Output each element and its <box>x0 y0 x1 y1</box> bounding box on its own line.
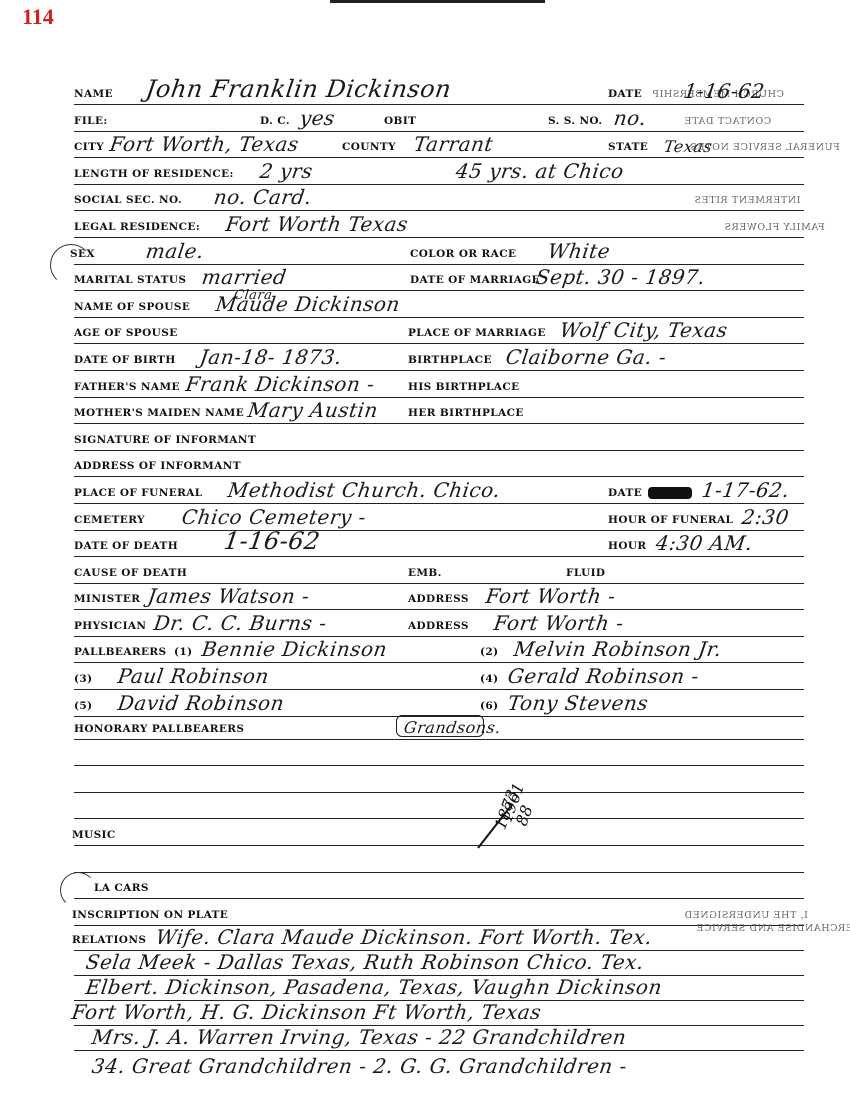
row-file: FILE: D. C. yes OBIT S. S. NO. no. CONTA… <box>74 105 804 132</box>
social-sec-no-label: SOCIAL SEC. NO. <box>74 194 182 206</box>
row-name: NAME John Franklin Dickinson DATE CHURCH… <box>74 82 804 105</box>
stamp-mark <box>50 244 92 286</box>
row-length-of-residence: LENGTH OF RESIDENCE: 2 yrs 45 yrs. at Ch… <box>74 158 804 185</box>
hour-of-funeral-value: 2:30 <box>740 505 790 529</box>
name-label: NAME <box>74 88 113 100</box>
row-city: CITY Fort Worth, Texas COUNTY Tarrant ST… <box>74 132 804 159</box>
fluid-label: FLUID <box>566 567 605 579</box>
relations-label: RELATIONS <box>72 934 146 946</box>
row-inscription-on-plate: INSCRIPTION ON PLATE I, THE UNDERSIGNED <box>74 899 804 926</box>
pallbearer-5-name: David Robinson <box>116 691 286 715</box>
physician-address-value: Fort Worth - <box>492 611 625 635</box>
pallbearer-5-num: (5) <box>74 700 92 712</box>
date-of-death-label: DATE OF DEATH <box>74 540 178 552</box>
date-of-birth-value: Jan-18- 1873. <box>198 345 343 369</box>
scan-edge-mark <box>330 0 545 3</box>
fathers-name-value: Frank Dickinson - <box>184 372 376 396</box>
row-date-of-birth: DATE OF BIRTH Jan-18- 1873. BIRTHPLACE C… <box>74 344 804 371</box>
pallbearer-3-num: (3) <box>74 673 92 685</box>
cemetery-label: CEMETERY <box>74 514 145 526</box>
page-number: 114 <box>22 4 54 30</box>
cemetery-value: Chico Cemetery - <box>180 505 367 529</box>
blank-line <box>74 766 804 793</box>
date-label: DATE <box>608 88 642 100</box>
pallbearer-6-num: (6) <box>480 700 498 712</box>
relations-line-3: Elbert. Dickinson, Pasadena, Texas, Vaug… <box>84 975 663 999</box>
blank-line <box>74 740 804 767</box>
bleed-family-flowers: FAMILY FLOWERS <box>724 222 825 233</box>
row-honorary-pallbearers: HONORARY PALLBEARERS Grandsons. <box>74 717 804 740</box>
mothers-maiden-name-label: MOTHER'S MAIDEN NAME <box>74 407 244 419</box>
social-sec-no-value: no. Card. <box>212 185 313 209</box>
signature-of-informant-label: SIGNATURE OF INFORMANT <box>74 434 256 446</box>
date-of-marriage-label: DATE OF MARRIAGE <box>410 274 540 286</box>
color-or-race-label: COLOR OR RACE <box>410 248 516 260</box>
name-of-spouse-label: NAME OF SPOUSE <box>74 301 190 313</box>
date-of-birth-label: DATE OF BIRTH <box>74 354 176 366</box>
minister-label: MINISTER <box>74 593 140 605</box>
flower-cars-label: LA CARS <box>94 882 149 894</box>
row-pallbearers-3-4: (3) Paul Robinson (4) Gerald Robinson - <box>74 663 804 690</box>
physician-value: Dr. C. C. Burns - <box>152 611 328 635</box>
physician-address-label: ADDRESS <box>408 620 469 632</box>
row-pallbearers-5-6: (5) David Robinson (6) Tony Stevens <box>74 690 804 717</box>
row-physician: PHYSICIAN Dr. C. C. Burns - ADDRESS Fort… <box>74 610 804 637</box>
minister-address-label: ADDRESS <box>408 593 469 605</box>
dc-label: D. C. <box>260 115 290 127</box>
legal-residence-label: LEGAL RESIDENCE: <box>74 221 200 233</box>
file-label: FILE: <box>74 115 108 127</box>
relations-line: Mrs. J. A. Warren Irving, Texas - 22 Gra… <box>74 1026 804 1051</box>
minister-value: James Watson - <box>146 584 311 608</box>
bleed-contact: CONTACT DATE <box>684 116 771 127</box>
length-of-residence-value: 2 yrs <box>258 159 314 183</box>
cause-of-death-label: CAUSE OF DEATH <box>74 567 187 579</box>
pallbearer-1-num: (1) <box>174 646 192 658</box>
marital-status-value: married <box>200 265 288 289</box>
row-music: MUSIC 1873 88 <box>74 819 804 846</box>
marital-status-label: MARITAL STATUS <box>74 274 186 286</box>
row-relations: RELATIONS Wife. Clara Maude Dickinson. F… <box>74 926 804 951</box>
pallbearer-2-num: (2) <box>480 646 498 658</box>
funeral-date-label: DATE <box>608 487 642 499</box>
row-fathers-name: FATHER'S NAME Frank Dickinson - HIS BIRT… <box>74 371 804 398</box>
pallbearer-1-name: Bennie Dickinson <box>200 637 388 661</box>
city-label: CITY <box>74 141 104 153</box>
county-value: Tarrant <box>412 132 495 156</box>
row-legal-residence: LEGAL RESIDENCE: Fort Worth Texas FAMILY… <box>74 211 804 238</box>
row-mothers-maiden-name: MOTHER'S MAIDEN NAME Mary Austin HER BIR… <box>74 398 804 425</box>
relations-line-2: Sela Meek - Dallas Texas, Ruth Robinson … <box>84 950 645 974</box>
relations-line: Fort Worth, H. G. Dickinson Ft Worth, Te… <box>74 1001 804 1026</box>
relations-line: 34. Great Grandchildren - 2. G. G. Grand… <box>74 1051 804 1079</box>
city-value: Fort Worth, Texas <box>108 132 300 156</box>
date-of-marriage-value: Sept. 30 - 1897. <box>534 265 707 289</box>
physician-label: PHYSICIAN <box>74 620 146 632</box>
obit-label: OBIT <box>384 115 416 127</box>
hour-value: 4:30 AM. <box>654 531 754 555</box>
row-address-of-informant: ADDRESS OF INFORMANT <box>74 451 804 478</box>
date-of-death-value: 1-16-62 <box>222 527 322 555</box>
ss-no-label: S. S. NO. <box>548 115 602 127</box>
funeral-record-form: NAME John Franklin Dickinson DATE CHURCH… <box>74 82 804 1079</box>
length-of-residence-label: LENGTH OF RESIDENCE: <box>74 168 234 180</box>
age-of-spouse-label: AGE OF SPOUSE <box>74 327 178 339</box>
bleed-interment-rites: INTERMENT RITES <box>694 195 801 206</box>
row-sex: SEX male. COLOR OR RACE White <box>74 238 804 265</box>
place-of-marriage-label: PLACE OF MARRIAGE <box>408 327 546 339</box>
row-pallbearers-1-2: PALLBEARERS (1) Bennie Dickinson (2) Mel… <box>74 637 804 664</box>
row-flower-cars: LA CARS <box>74 873 804 900</box>
blank-line: 1961 <box>74 793 804 820</box>
date-value: 1-16-62 <box>682 79 766 103</box>
ss-no-value: no. <box>612 106 648 130</box>
pallbearer-6-name: Tony Stevens <box>506 691 650 715</box>
dc-value: yes <box>298 106 336 130</box>
name-of-spouse-value: Maude Dickinson <box>214 292 401 316</box>
blank-line <box>74 846 804 873</box>
hour-label: HOUR <box>608 540 647 552</box>
relations-line-5: Mrs. J. A. Warren Irving, Texas - 22 Gra… <box>90 1025 628 1049</box>
emb-label: EMB. <box>408 567 442 579</box>
place-of-funeral-value: Methodist Church. Chico. <box>226 478 502 502</box>
row-marital-status: MARITAL STATUS married DATE OF MARRIAGE … <box>74 265 804 292</box>
place-of-funeral-label: PLACE OF FUNERAL <box>74 487 203 499</box>
row-minister: MINISTER James Watson - ADDRESS Fort Wor… <box>74 584 804 611</box>
name-value: John Franklin Dickinson <box>144 75 453 103</box>
legal-residence-value: Fort Worth Texas <box>224 212 409 236</box>
relations-line: Sela Meek - Dallas Texas, Ruth Robinson … <box>74 951 804 976</box>
pallbearer-4-name: Gerald Robinson - <box>506 664 700 688</box>
bleed-undersigned: I, THE UNDERSIGNED <box>684 910 808 921</box>
fathers-name-label: FATHER'S NAME <box>74 381 180 393</box>
inscription-on-plate-label: INSCRIPTION ON PLATE <box>72 909 228 921</box>
pallbearer-3-name: Paul Robinson <box>116 664 270 688</box>
sex-value: male. <box>144 239 205 263</box>
state-label: STATE <box>608 141 648 153</box>
funeral-date-value: 1-17-62. <box>700 478 791 502</box>
row-date-of-death: DATE OF DEATH 1-16-62 HOUR 4:30 AM. <box>74 531 804 558</box>
row-cause-of-death: CAUSE OF DEATH EMB. FLUID <box>74 557 804 584</box>
place-of-marriage-value: Wolf City, Texas <box>558 318 729 342</box>
row-name-of-spouse: NAME OF SPOUSE Clara Maude Dickinson <box>74 291 804 318</box>
relations-line-6: 34. Great Grandchildren - 2. G. G. Grand… <box>90 1054 628 1078</box>
relations-line-4: Fort Worth, H. G. Dickinson Ft Worth, Te… <box>70 1000 543 1024</box>
address-of-informant-label: ADDRESS OF INFORMANT <box>74 460 241 472</box>
relations-line-1: Wife. Clara Maude Dickinson. Fort Worth.… <box>154 925 654 949</box>
row-place-of-funeral: PLACE OF FUNERAL Methodist Church. Chico… <box>74 477 804 504</box>
music-label: MUSIC <box>72 829 116 841</box>
row-signature-of-informant: SIGNATURE OF INFORMANT <box>74 424 804 451</box>
length-of-residence-value-2: 45 yrs. at Chico <box>454 159 625 183</box>
honorary-pallbearers-label: HONORARY PALLBEARERS <box>74 723 244 735</box>
minister-address-value: Fort Worth - <box>484 584 617 608</box>
county-label: COUNTY <box>342 141 396 153</box>
scribbled-out-mark <box>648 487 692 499</box>
row-age-of-spouse: AGE OF SPOUSE PLACE OF MARRIAGE Wolf Cit… <box>74 318 804 345</box>
birthplace-value: Claiborne Ga. - <box>504 345 668 369</box>
birthplace-label: BIRTHPLACE <box>408 354 492 366</box>
hour-of-funeral-label: HOUR OF FUNERAL <box>608 514 733 526</box>
bleed-merchandise: MERCHANDISE AND SERVICE <box>696 923 850 934</box>
pallbearer-4-num: (4) <box>480 673 498 685</box>
mothers-maiden-name-value: Mary Austin <box>246 398 379 422</box>
row-social-sec-no: SOCIAL SEC. NO. no. Card. INTERMENT RITE… <box>74 185 804 212</box>
pallbearers-note: Grandsons. <box>403 718 503 737</box>
row-cemetery: CEMETERY Chico Cemetery - HOUR OF FUNERA… <box>74 504 804 531</box>
his-birthplace-label: HIS BIRTHPLACE <box>408 381 520 393</box>
pallbearers-label: PALLBEARERS <box>74 646 167 658</box>
bleed-funeral-service-notes: FUNERAL SERVICE NOTES <box>690 142 840 153</box>
relations-line: Elbert. Dickinson, Pasadena, Texas, Vaug… <box>74 976 804 1001</box>
her-birthplace-label: HER BIRTHPLACE <box>408 407 524 419</box>
pallbearer-2-name: Melvin Robinson Jr. <box>512 637 723 661</box>
color-or-race-value: White <box>546 239 612 263</box>
